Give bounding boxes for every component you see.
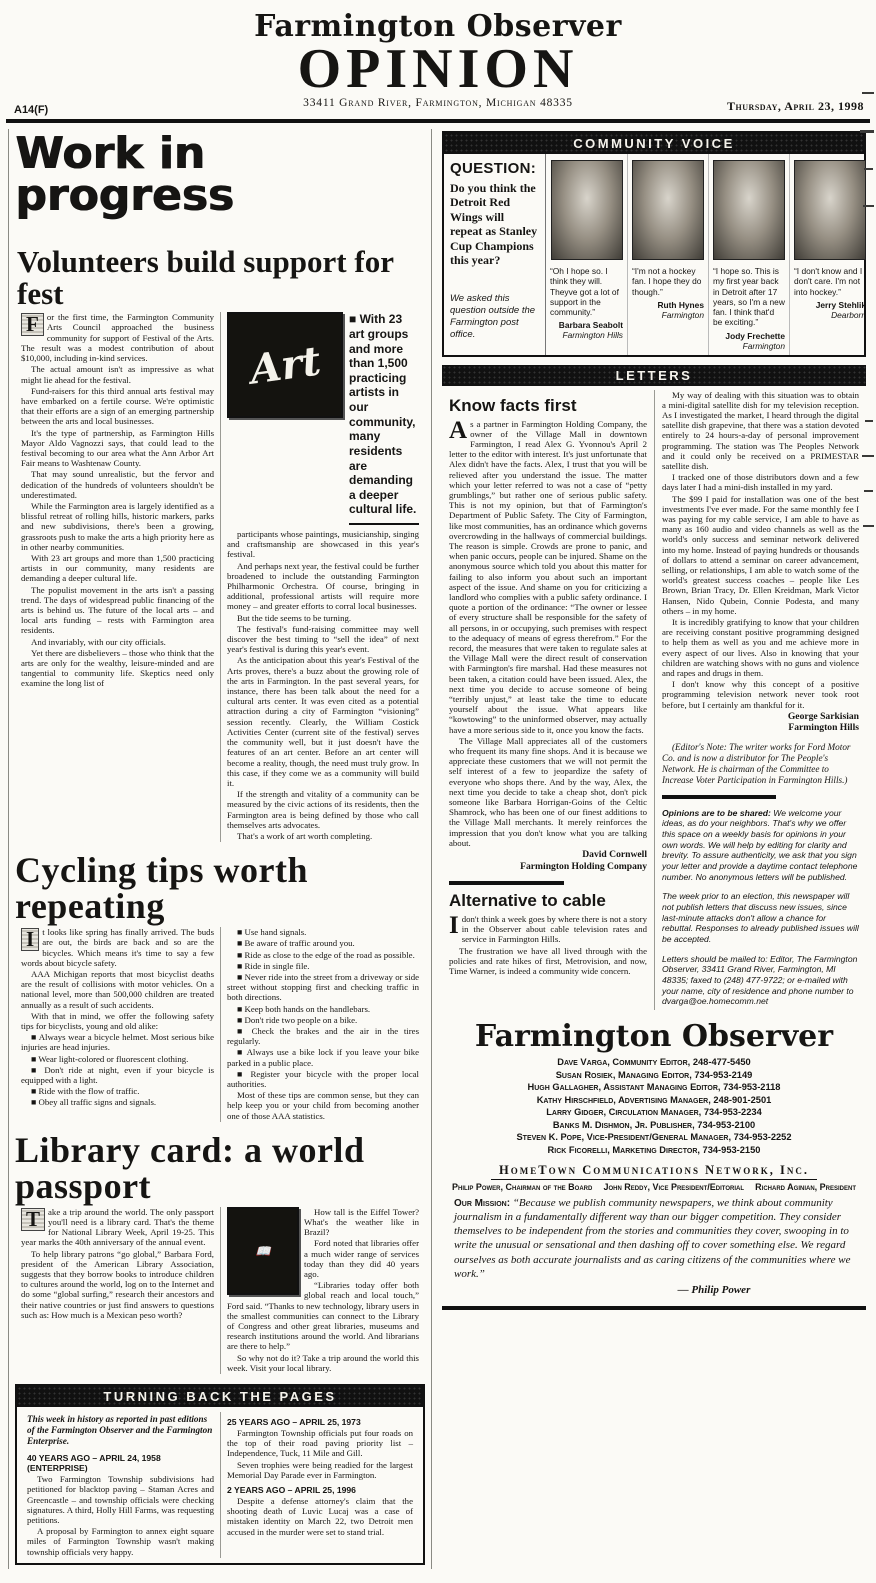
mission-signature: — Philip Power bbox=[454, 1283, 854, 1297]
respondent-city: Farmington Hills bbox=[550, 330, 623, 340]
letters-column: Know facts first As a partner in Farming… bbox=[442, 390, 654, 1011]
article-cycling-tips: Cycling tips worth repeating It looks li… bbox=[15, 852, 425, 1122]
paragraph: ■ Obey all traffic signs and signals. bbox=[21, 1097, 214, 1107]
art-graphic: Art bbox=[227, 312, 343, 418]
paragraph: ■ Don't ride at night, even if your bicy… bbox=[21, 1065, 214, 1085]
respondent-quote: “I hope so. This is my first year back i… bbox=[713, 266, 785, 328]
turning-back-pages: TURNING BACK THE PAGES This week in hist… bbox=[15, 1384, 425, 1565]
officer: Richard Aginian, President bbox=[755, 1182, 856, 1192]
scan-artifact bbox=[864, 168, 873, 170]
pull-quote: ■ With 23 art groups and more than 1,500… bbox=[349, 312, 419, 525]
question-text: Do you think the Detroit Red Wings will … bbox=[450, 181, 539, 267]
paragraph-text: don't think a week goes by where there i… bbox=[462, 914, 647, 944]
paragraph: Take a trip around the world. The only p… bbox=[21, 1207, 214, 1248]
letters-banner: LETTERS bbox=[442, 365, 866, 386]
paragraph-group: ■ Use hand signals.■ Be aware of traffic… bbox=[227, 927, 419, 1121]
paragraph: The populist movement in the arts isn't … bbox=[21, 585, 214, 636]
turning-back-banner: TURNING BACK THE PAGES bbox=[17, 1386, 423, 1407]
paragraph: Most of these tips are common sense, but… bbox=[227, 1090, 419, 1121]
paragraph: I tracked one of those distributors down… bbox=[662, 472, 859, 492]
paragraph: participants whose paintings, musiciansh… bbox=[227, 529, 419, 560]
paragraph: Letters should be mailed to: Editor, The… bbox=[662, 954, 859, 1008]
paragraph: Opinions are to be shared: We welcome yo… bbox=[662, 808, 859, 883]
letter-signature-name: George Sarkisian bbox=[662, 711, 859, 723]
history-intro: This week in history as reported in past… bbox=[27, 1414, 214, 1447]
drop-cap: I bbox=[449, 914, 462, 936]
paragraph-group: Farmington Township officials put four r… bbox=[227, 1428, 413, 1480]
history-column: 25 YEARS AGO – APRIL 25, 1973 Farmington… bbox=[220, 1412, 419, 1558]
question-label: QUESTION: bbox=[450, 160, 539, 177]
scan-artifact bbox=[863, 525, 874, 527]
paragraph: ■ Wear light-colored or fluorescent clot… bbox=[21, 1054, 214, 1064]
scan-artifact bbox=[860, 130, 874, 133]
paragraph-text: s a partner in Farmington Holding Compan… bbox=[449, 419, 647, 735]
paragraph: While the Farmington area is largely ide… bbox=[21, 501, 214, 552]
paragraph: ■ Be aware of traffic around you. bbox=[227, 938, 419, 948]
paragraph: To help library patrons “go global,” Bar… bbox=[21, 1249, 214, 1320]
officers-row: Philip Power, Chairman of the Board John… bbox=[442, 1180, 866, 1192]
paragraph: ■ Check the brakes and the air in the ti… bbox=[227, 1026, 419, 1046]
left-column: Work in progress Volunteers build suppor… bbox=[8, 129, 432, 1569]
paragraph: ■ Always wear a bicycle helmet. Most ser… bbox=[21, 1032, 214, 1052]
masthead-rule bbox=[6, 119, 870, 123]
paragraph: ■ Don't ride two people on a bike. bbox=[227, 1015, 419, 1025]
letters-column: My way of dealing with this situation wa… bbox=[654, 390, 866, 1011]
mission-text: “Because we publish community newspapers… bbox=[454, 1197, 850, 1280]
paragraph: My way of dealing with this situation wa… bbox=[662, 390, 859, 472]
right-column: COMMUNITY VOICE QUESTION: Do you think t… bbox=[440, 129, 868, 1310]
officer: Philip Power, Chairman of the Board bbox=[452, 1182, 592, 1192]
letter-divider bbox=[449, 881, 564, 885]
paragraph-text: or the first time, the Farmington Commun… bbox=[21, 312, 214, 363]
page-content: Work in progress Volunteers build suppor… bbox=[0, 129, 876, 1569]
staff-line: Susan Rosiek, Managing Editor, 734-953-2… bbox=[442, 1069, 866, 1082]
paragraph: ■ Ride as close to the edge of the road … bbox=[227, 950, 419, 960]
respondent-name: Barbara Seabolt bbox=[550, 320, 623, 330]
scan-artifact bbox=[865, 420, 873, 422]
respondent-panel: “I don't know and I don't care. I'm not … bbox=[789, 154, 870, 355]
respondent-panel: “I hope so. This is my first year back i… bbox=[708, 154, 789, 355]
paragraph: It's the type of partnership, as Farming… bbox=[21, 428, 214, 469]
respondent-photo bbox=[632, 160, 704, 260]
history-entry-heading: 40 YEARS AGO – APRIL 24, 1958 (ENTERPRIS… bbox=[27, 1453, 214, 1473]
paragraph: That's a work of art worth completing. bbox=[227, 831, 419, 841]
paragraph: The Village Mall appreciates all of the … bbox=[449, 736, 647, 848]
paragraph: As a partner in Farmington Holding Compa… bbox=[449, 419, 647, 735]
drop-cap: A bbox=[449, 419, 470, 441]
paragraph: The week prior to an election, this news… bbox=[662, 891, 859, 945]
headline: Cycling tips worth repeating bbox=[15, 852, 425, 924]
article-column: 📖 How tall is the Eiffel Tower? What's t… bbox=[220, 1207, 425, 1374]
paragraph: ■ Always use a bike lock if you leave yo… bbox=[227, 1047, 419, 1067]
paragraph: Farmington Township officials put four r… bbox=[227, 1428, 413, 1459]
respondent-city: Farmington bbox=[713, 341, 785, 351]
scan-artifact bbox=[863, 205, 874, 207]
staff-list: Dave Varga, Community Editor, 248-477-54… bbox=[442, 1056, 866, 1156]
paragraph: ■ Ride with the flow of traffic. bbox=[21, 1086, 214, 1096]
officer: John Reddy, Vice President/Editorial bbox=[603, 1182, 744, 1192]
article-column: ■ Use hand signals.■ Be aware of traffic… bbox=[220, 927, 425, 1122]
scan-artifact bbox=[862, 92, 874, 94]
paragraph: A proposal by Farmington to annex eight … bbox=[27, 1526, 214, 1557]
letter-divider bbox=[662, 795, 776, 799]
mission-statement: Our Mission: “Because we publish communi… bbox=[442, 1192, 866, 1298]
respondent-city: Dearborn bbox=[794, 310, 866, 320]
drop-cap: F bbox=[21, 313, 44, 336]
question-cell: QUESTION: Do you think the Detroit Red W… bbox=[444, 154, 546, 355]
paragraph: Despite a defense attorney's claim that … bbox=[227, 1496, 413, 1537]
letter-heading: Know facts first bbox=[449, 396, 647, 416]
observer-footer: Farmington Observer Dave Varga, Communit… bbox=[442, 1022, 866, 1309]
paragraph: For the first time, the Farmington Commu… bbox=[21, 312, 214, 363]
paragraph: I don't know why this concept of a posit… bbox=[662, 679, 859, 710]
paragraph-group: AAA Michigan reports that most bicyclist… bbox=[21, 969, 214, 1108]
paragraph: Two Farmington Township subdivisions had… bbox=[27, 1474, 214, 1525]
article-column: Art ■ With 23 art groups and more than 1… bbox=[220, 312, 425, 842]
respondent-photo bbox=[713, 160, 785, 260]
paragraph-group: Despite a defense attorney's claim that … bbox=[227, 1496, 413, 1537]
staff-line: Steven K. Pope, Vice-President/General M… bbox=[442, 1131, 866, 1144]
headline: Work in progress bbox=[15, 133, 425, 217]
respondent-photo bbox=[551, 160, 623, 260]
staff-line: Rick Ficorelli, Marketing Director, 734-… bbox=[442, 1144, 866, 1157]
paragraph: But the tide seems to be turning. bbox=[227, 613, 419, 623]
respondent-name: Jerry Stehlik bbox=[794, 300, 866, 310]
paragraph: ■ Ride in single file. bbox=[227, 961, 419, 971]
paragraph-text: ake a trip around the world. The only pa… bbox=[21, 1207, 214, 1248]
paragraph-group: participants whose paintings, musiciansh… bbox=[227, 529, 419, 841]
paragraph: ■ Never ride into the street from a driv… bbox=[227, 972, 419, 1003]
paragraph: And perhaps next year, the festival coul… bbox=[227, 561, 419, 612]
respondent-quote: “Oh I hope so. I think they will. Theyve… bbox=[550, 266, 623, 317]
mission-label: Our Mission: bbox=[454, 1198, 510, 1209]
community-voice-banner: COMMUNITY VOICE bbox=[444, 133, 864, 154]
paragraph: Idon't think a week goes by where there … bbox=[449, 914, 647, 945]
paragraph: And invariably, with our city officials. bbox=[21, 637, 214, 647]
paragraph-group: The actual amount isn't as impressive as… bbox=[21, 364, 214, 688]
paragraph-group: The Village Mall appreciates all of the … bbox=[449, 736, 647, 848]
paragraph: Fund-raisers for this third annual arts … bbox=[21, 386, 214, 427]
paragraph-group: My way of dealing with this situation wa… bbox=[662, 390, 859, 710]
staff-line: Kathy Hirschfield, Advertising Manager, … bbox=[442, 1094, 866, 1107]
newspaper-page: Farmington Observer OPINION 33411 Grand … bbox=[0, 0, 876, 1583]
page-id: A14(F) bbox=[14, 104, 48, 116]
respondent-photo bbox=[794, 160, 866, 260]
question-note: We asked this question outside the Farmi… bbox=[450, 293, 539, 341]
paragraph: The $99 I paid for installation was one … bbox=[662, 494, 859, 616]
letter-signature-org: Farmington Holding Company bbox=[449, 861, 647, 873]
section-title: OPINION bbox=[0, 44, 876, 96]
respondent-panel: “Oh I hope so. I think they will. Theyve… bbox=[546, 154, 627, 355]
policy-lead: Opinions are to be shared: bbox=[662, 808, 771, 818]
history-entry-heading: 25 YEARS AGO – APRIL 25, 1973 bbox=[227, 1417, 413, 1427]
staff-line: Dave Varga, Community Editor, 248-477-54… bbox=[442, 1056, 866, 1069]
paragraph: Yet there are disbelievers – those who t… bbox=[21, 648, 214, 689]
article-column: It looks like spring has finally arrived… bbox=[15, 927, 220, 1122]
masthead: Farmington Observer OPINION 33411 Grand … bbox=[0, 0, 876, 116]
paragraph-group: Two Farmington Township subdivisions had… bbox=[27, 1474, 214, 1557]
subheadline: Volunteers build support for fest bbox=[17, 246, 425, 309]
book-graphic: 📖 bbox=[227, 1207, 299, 1295]
paragraph: ■ Register your bicycle with the proper … bbox=[227, 1069, 419, 1089]
network-name: HomeTown Communications Network, Inc. bbox=[491, 1163, 817, 1180]
letter-signature-name: David Cornwell bbox=[449, 849, 647, 861]
paragraph: As the anticipation about this year's Fe… bbox=[227, 655, 419, 788]
article-work-in-progress: Work in progress Volunteers build suppor… bbox=[15, 133, 425, 842]
headline: Library card: a world passport bbox=[15, 1132, 425, 1204]
editors-note: (Editor's Note: The writer works for For… bbox=[662, 742, 859, 786]
history-column: This week in history as reported in past… bbox=[21, 1412, 220, 1558]
community-voice: COMMUNITY VOICE QUESTION: Do you think t… bbox=[442, 131, 866, 357]
paragraph: ■ Use hand signals. bbox=[227, 927, 419, 937]
respondent-name: Ruth Hynes bbox=[632, 300, 704, 310]
paragraph: So why not do it? Take a trip around the… bbox=[227, 1353, 419, 1373]
paragraph: Seven trophies were being readied for th… bbox=[227, 1460, 413, 1480]
respondent-city: Farmington bbox=[632, 310, 704, 320]
paragraph: The frustration we have all lived throug… bbox=[449, 946, 647, 977]
staff-line: Hugh Gallagher, Assistant Managing Edito… bbox=[442, 1081, 866, 1094]
scan-artifact bbox=[862, 455, 874, 457]
paragraph-group: The frustration we have all lived throug… bbox=[449, 946, 647, 977]
paragraph: AAA Michigan reports that most bicyclist… bbox=[21, 969, 214, 1010]
paragraph: With that in mind, we offer the followin… bbox=[21, 1011, 214, 1031]
paragraph: The actual amount isn't as impressive as… bbox=[21, 364, 214, 384]
paragraph-text: We welcome your ideas, as do your neighb… bbox=[662, 808, 857, 882]
letter-signature-org: Farmington Hills bbox=[662, 722, 859, 734]
respondent-quote: “I don't know and I don't care. I'm not … bbox=[794, 266, 866, 297]
issue-date: Thursday, April 23, 1998 bbox=[727, 99, 864, 114]
article-column: For the first time, the Farmington Commu… bbox=[15, 312, 220, 842]
staff-line: Larry Gidger, Circulation Manager, 734-9… bbox=[442, 1106, 866, 1119]
letter-heading: Alternative to cable bbox=[449, 891, 647, 911]
paragraph: That may sound unrealistic, but the ferv… bbox=[21, 469, 214, 500]
paragraph: It is incredibly gratifying to know that… bbox=[662, 617, 859, 678]
drop-cap: T bbox=[21, 1208, 45, 1231]
respondent-name: Jody Frechette bbox=[713, 331, 785, 341]
article-media-row: Art ■ With 23 art groups and more than 1… bbox=[227, 312, 419, 525]
paragraph-group: To help library patrons “go global,” Bar… bbox=[21, 1249, 214, 1320]
respondent-quote: “I'm not a hockey fan. I hope they do th… bbox=[632, 266, 704, 297]
history-entry-heading: 2 YEARS AGO – APRIL 25, 1996 bbox=[227, 1485, 413, 1495]
article-library-card: Library card: a world passport Take a tr… bbox=[15, 1132, 425, 1374]
art-graphic-label: Art bbox=[247, 337, 323, 393]
opinions-policy: Opinions are to be shared: We welcome yo… bbox=[662, 808, 859, 1008]
letters-section: LETTERS Know facts first As a partner in… bbox=[442, 365, 866, 1011]
footer-paper-name: Farmington Observer bbox=[442, 1022, 866, 1052]
paragraph: It looks like spring has finally arrived… bbox=[21, 927, 214, 968]
paragraph: If the strength and vitality of a commun… bbox=[227, 789, 419, 830]
staff-line: Banks M. Dishmon, Jr. Publisher, 734-953… bbox=[442, 1119, 866, 1132]
paragraph-group: The week prior to an election, this news… bbox=[662, 891, 859, 1007]
paragraph: With 23 art groups and more than 1,500 p… bbox=[21, 553, 214, 584]
respondent-panel: “I'm not a hockey fan. I hope they do th… bbox=[627, 154, 708, 355]
paragraph-text: t looks like spring has finally arrived.… bbox=[21, 927, 214, 968]
paragraph: The festival's fund-raising committee ma… bbox=[227, 624, 419, 655]
paragraph: ■ Keep both hands on the handlebars. bbox=[227, 1004, 419, 1014]
article-column: Take a trip around the world. The only p… bbox=[15, 1207, 220, 1374]
drop-cap: I bbox=[21, 928, 39, 951]
scan-artifact bbox=[864, 490, 873, 492]
